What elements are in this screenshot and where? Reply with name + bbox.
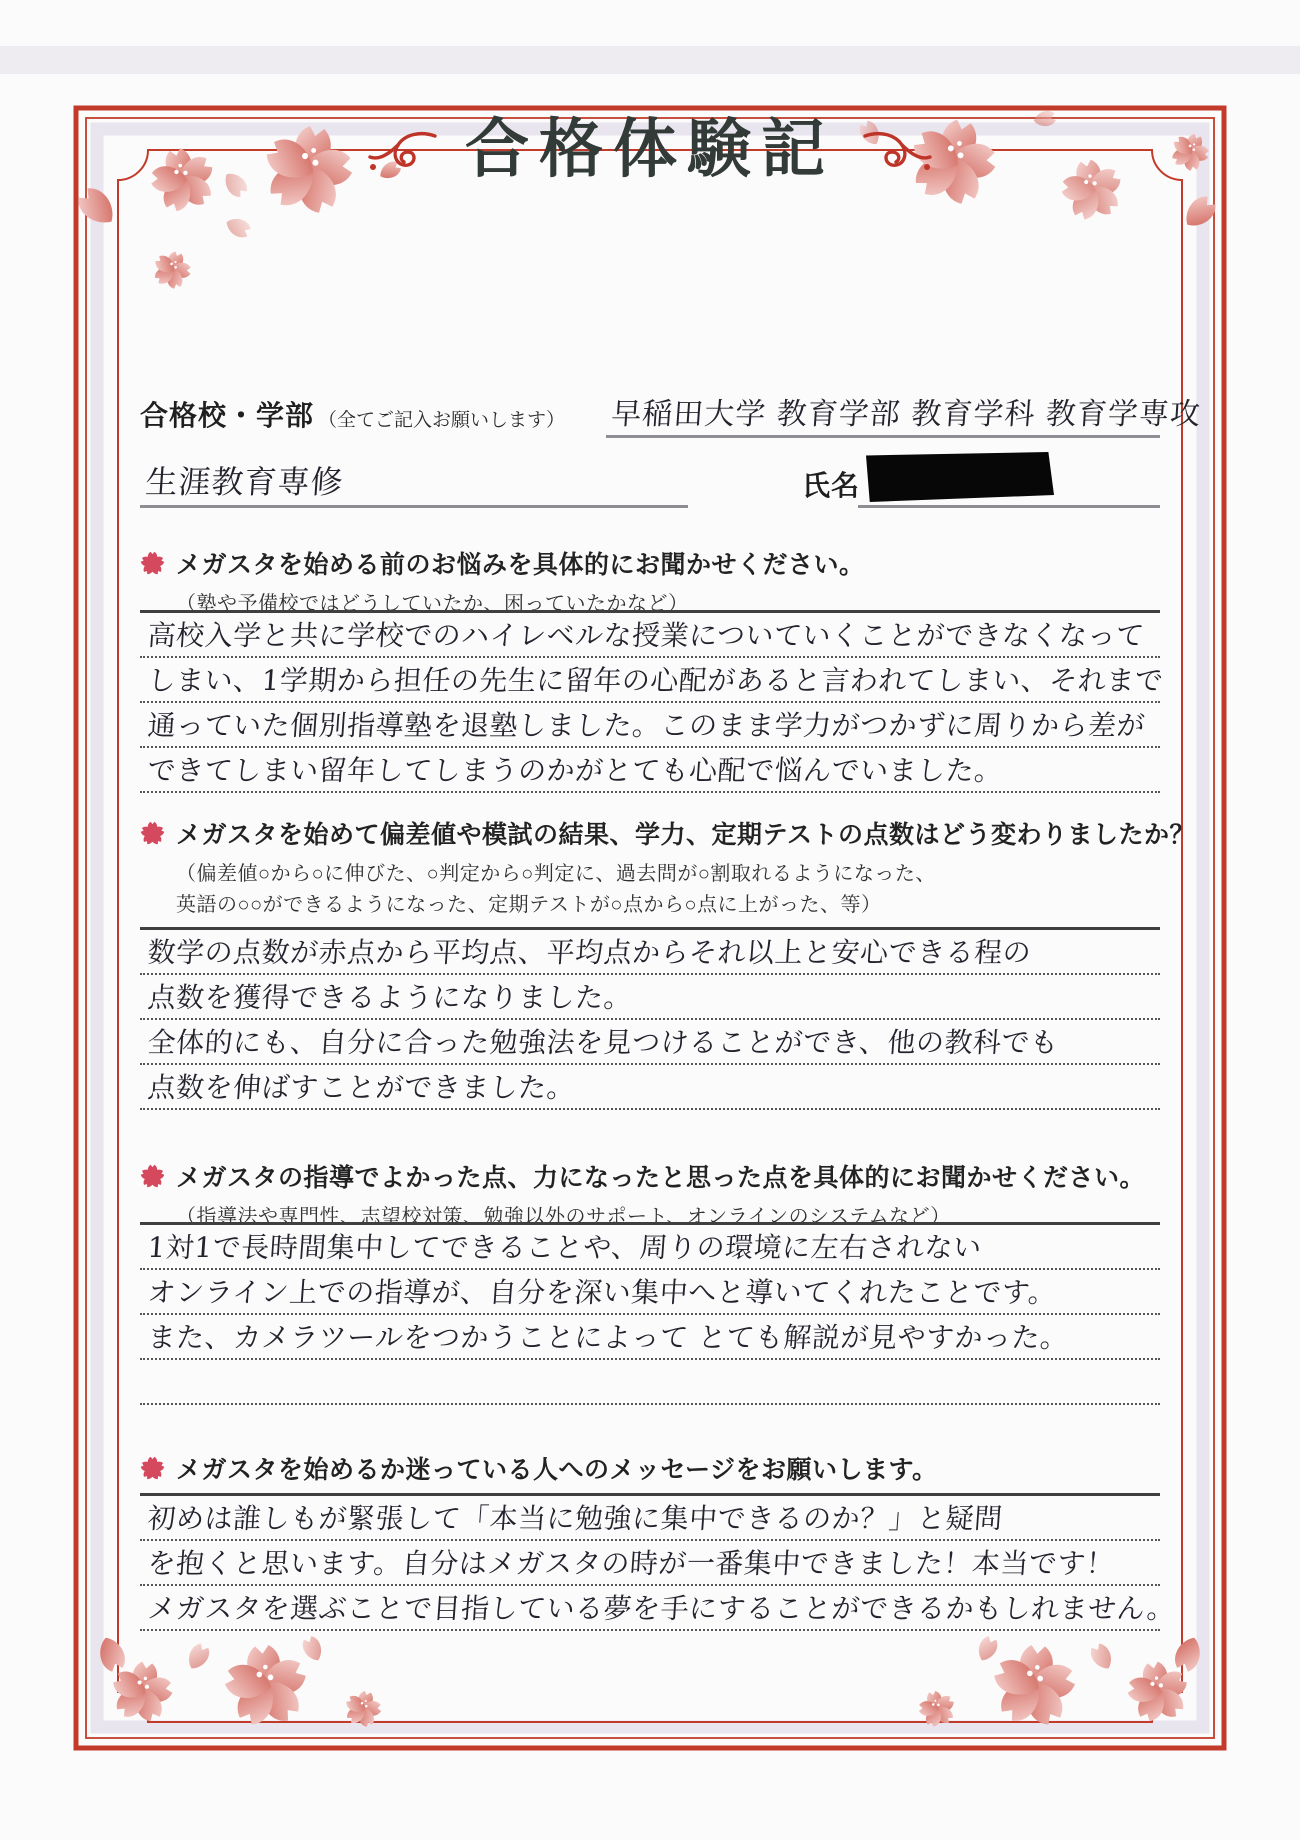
- sakura-bullet-icon: [140, 821, 165, 846]
- answer-line: を抱くと思います。自分はメガスタの時が一番集中できました！本当です！: [140, 1541, 1160, 1586]
- answer-line: 通っていた個別指導塾を退塾しました。このまま学力がつかずに周りから差が: [140, 703, 1160, 748]
- handwritten-answer: 高校入学と共に学校でのハイレベルな授業についていくことができなくなって: [140, 613, 1146, 659]
- answer-area: 1対1で長時間集中してできることや、周りの環境に左右されない オンライン上での指…: [140, 1222, 1160, 1405]
- flourish-right-icon: [861, 126, 935, 174]
- answer-line: できてしまい留年してしまうのかがとても心配で悩んでいました。: [140, 748, 1160, 793]
- sakura-bullet-icon: [140, 1164, 165, 1189]
- section-worries: メガスタを始める前のお悩みを具体的にお聞かせください。 （塾や予備校ではどうして…: [140, 545, 1160, 785]
- handwritten-answer: メガスタを選ぶことで目指している夢を手にすることができるかもしれません。: [140, 1586, 1177, 1632]
- answer-line: また、カメラツールをつかうことによって とても解説が見やすかった。: [140, 1315, 1160, 1360]
- handwritten-answer: 通っていた個別指導塾を退塾しました。このまま学力がつかずに周りから差が: [140, 703, 1147, 749]
- flourish-left-icon: [365, 126, 439, 174]
- answer-line: 数学の点数が赤点から平均点、平均点からそれ以上と安心できる程の: [140, 930, 1160, 975]
- page-title: 合格体験記: [465, 118, 835, 182]
- question-title: メガスタを始めるか迷っている人へのメッセージをお願いします。: [176, 1450, 938, 1486]
- school-value-line2: 生涯教育専修: [140, 453, 688, 508]
- sakura-bullet-icon: [140, 551, 165, 576]
- name-field-row: 生涯教育専修 氏名: [140, 456, 1160, 508]
- handwritten-answer: しまい、1学期から担任の先生に留年の心配があると言われてしまい、それまで: [140, 658, 1165, 704]
- question-heading: メガスタの指導でよかった点、力になったと思った点を具体的にお聞かせください。: [140, 1158, 1160, 1194]
- handwritten-answer: 数学の点数が赤点から平均点、平均点からそれ以上と安心できる程の: [140, 930, 1033, 976]
- school-label: 合格校・学部: [140, 394, 314, 434]
- sakura-bullet-icon: [140, 1456, 165, 1481]
- answer-line: 全体的にも、自分に合った勉強法を見つけることができ、他の教科でも: [140, 1020, 1160, 1065]
- handwritten-answer: 点数を獲得できるようになりました。: [140, 975, 634, 1021]
- question-heading: メガスタを始めるか迷っている人へのメッセージをお願いします。: [140, 1450, 1160, 1486]
- answer-line: メガスタを選ぶことで目指している夢を手にすることができるかもしれません。: [140, 1586, 1160, 1631]
- section-message: メガスタを始めるか迷っている人へのメッセージをお願いします。 初めは誰しもが緊張…: [140, 1450, 1160, 1626]
- handwritten-answer: オンライン上での指導が、自分を深い集中へと導いてくれたことです。: [140, 1270, 1058, 1316]
- handwritten-answer: また、カメラツールをつかうことによって とても解説が見やすかった。: [140, 1315, 1070, 1361]
- school-value-handwriting: 早稲田大学 教育学部 教育学科 教育学専攻: [610, 389, 1203, 433]
- question-note: 英語の○○ができるようになった、定期テストが○点から○点に上がった、等）: [176, 888, 1160, 917]
- question-note: （偏差値○から○に伸びた、○判定から○判定に、過去問が○割取れるようになった、: [176, 857, 1160, 886]
- answer-area: 高校入学と共に学校でのハイレベルな授業についていくことができなくなって しまい、…: [140, 610, 1160, 793]
- answer-line: しまい、1学期から担任の先生に留年の心配があると言われてしまい、それまで: [140, 658, 1160, 703]
- handwritten-answer: を抱くと思います。自分はメガスタの時が一番集中できました！本当です！: [140, 1541, 1116, 1587]
- school-value2-handwriting: 生涯教育専修: [144, 457, 345, 503]
- name-redaction-box: [866, 452, 1054, 502]
- question-title: メガスタの指導でよかった点、力になったと思った点を具体的にお聞かせください。: [176, 1158, 1145, 1194]
- answer-line: 高校入学と共に学校でのハイレベルな授業についていくことができなくなって: [140, 613, 1160, 658]
- question-title: メガスタを始めて偏差値や模試の結果、学力、定期テストの点数はどう変わりましたか？: [176, 815, 1195, 851]
- answer-line: 初めは誰しもが緊張して「本当に勉強に集中できるのか？」と疑問: [140, 1496, 1160, 1541]
- school-note: （全てご記入お願いします）: [318, 405, 565, 432]
- question-heading: メガスタを始める前のお悩みを具体的にお聞かせください。: [140, 545, 1160, 581]
- answer-line: 点数を伸ばすことができました。: [140, 1065, 1160, 1110]
- answer-area: 初めは誰しもが緊張して「本当に勉強に集中できるのか？」と疑問 を抱くと思います。…: [140, 1493, 1160, 1631]
- handwritten-answer: 全体的にも、自分に合った勉強法を見つけることができ、他の教科でも: [140, 1020, 1060, 1066]
- question-heading: メガスタを始めて偏差値や模試の結果、学力、定期テストの点数はどう変わりましたか？: [140, 815, 1160, 851]
- testimonial-sheet: 合格体験記 合格校・学部 （全てご記入お願いします） 早稲田大学 教育学部 教育…: [0, 0, 1300, 1840]
- handwritten-answer: 初めは誰しもが緊張して「本当に勉強に集中できるのか？」と疑問: [140, 1496, 1004, 1542]
- name-value-line: [858, 453, 1160, 508]
- answer-area: 数学の点数が赤点から平均点、平均点からそれ以上と安心できる程の 点数を獲得できる…: [140, 927, 1160, 1110]
- answer-line: オンライン上での指導が、自分を深い集中へと導いてくれたことです。: [140, 1270, 1160, 1315]
- title-row: 合格体験記: [0, 118, 1300, 182]
- section-results: メガスタを始めて偏差値や模試の結果、学力、定期テストの点数はどう変わりましたか？…: [140, 815, 1160, 1105]
- handwritten-answer: 1対1で長時間集中してできることや、周りの環境に左右されない: [140, 1225, 983, 1271]
- handwritten-answer: できてしまい留年してしまうのかがとても心配で悩んでいました。: [140, 748, 1004, 794]
- answer-line: 点数を獲得できるようになりました。: [140, 975, 1160, 1020]
- section-good-points: メガスタの指導でよかった点、力になったと思った点を具体的にお聞かせください。 （…: [140, 1158, 1160, 1398]
- school-value-line: 早稲田大学 教育学部 教育学科 教育学専攻: [606, 383, 1160, 438]
- answer-line: 1対1で長時間集中してできることや、周りの環境に左右されない: [140, 1225, 1160, 1270]
- school-field-row: 合格校・学部 （全てご記入お願いします） 早稲田大学 教育学部 教育学科 教育学…: [140, 386, 1160, 438]
- answer-line: [140, 1360, 1160, 1405]
- handwritten-answer: 点数を伸ばすことができました。: [140, 1065, 577, 1111]
- name-label: 氏名: [802, 464, 860, 504]
- question-title: メガスタを始める前のお悩みを具体的にお聞かせください。: [176, 545, 865, 581]
